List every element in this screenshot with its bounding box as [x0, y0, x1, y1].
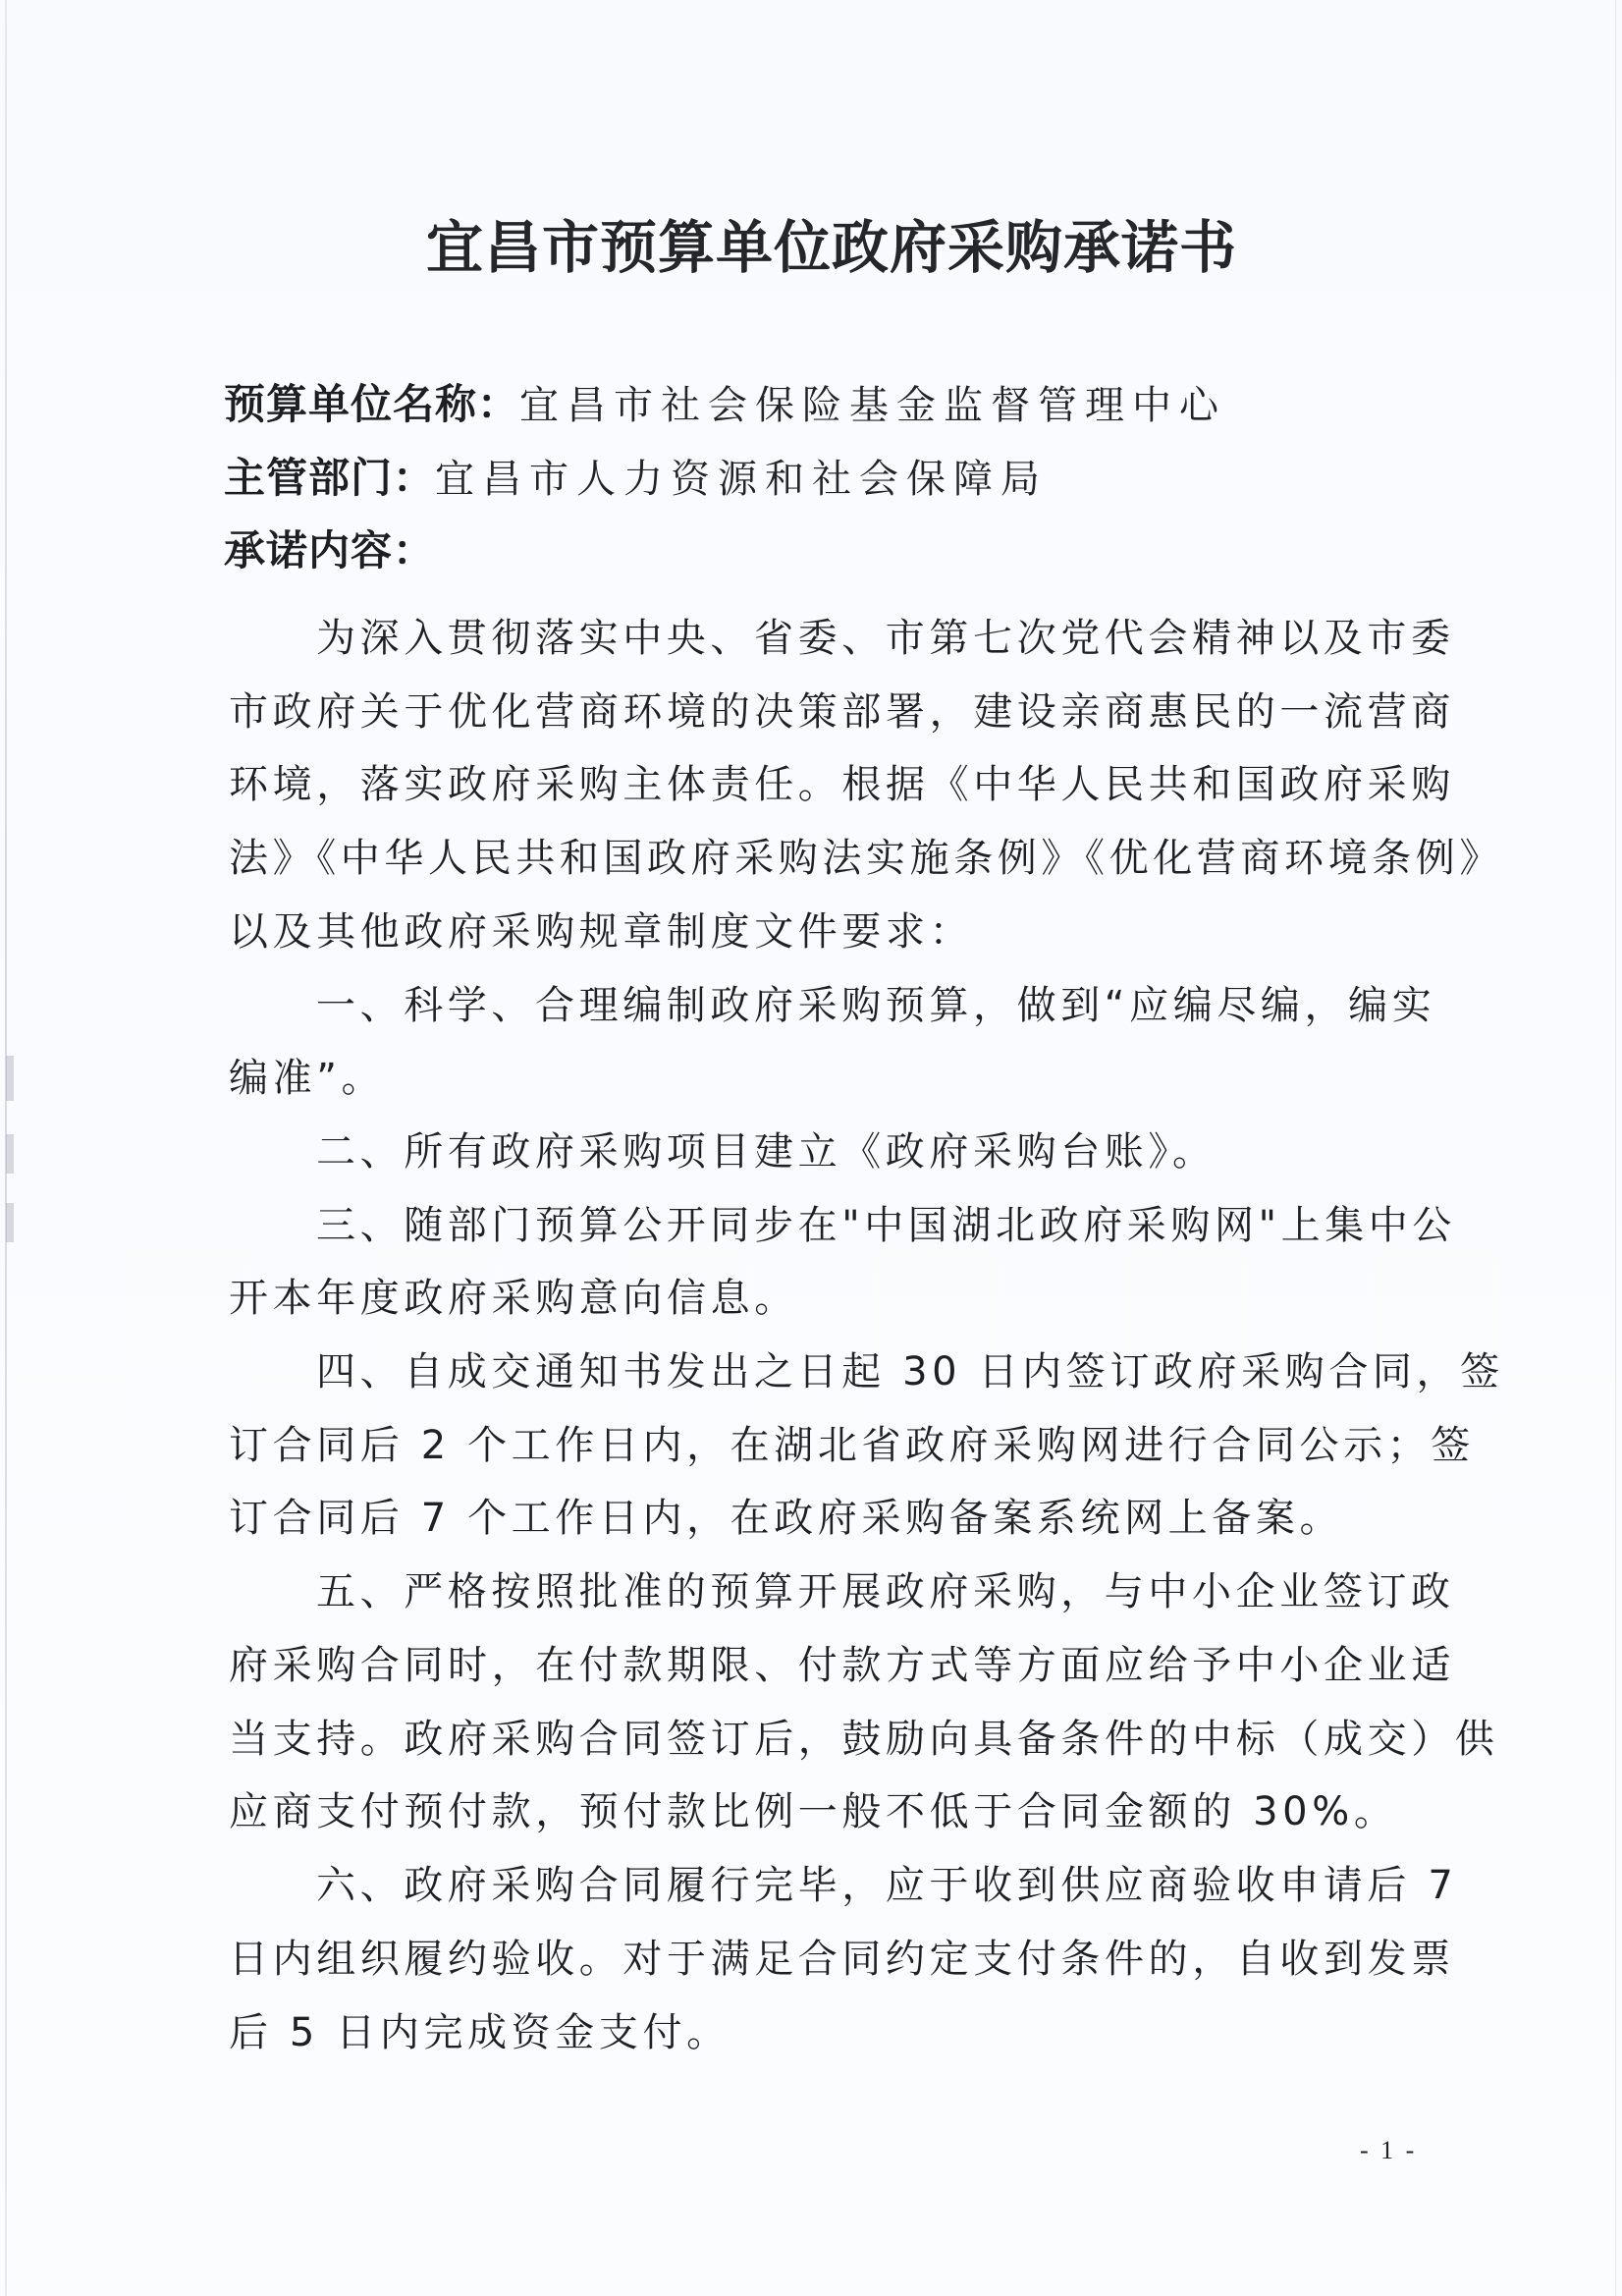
body-line: 订合同后 2 个工作日内，在湖北省政府采购网进行合同公示；签 [229, 1416, 1427, 1475]
document-title: 宜昌市预算单位政府采购承诺书 [0, 210, 1622, 285]
body-line: 日内组织履约验收。对于满足合同约定支付条件的，自收到发票 [229, 1930, 1427, 1989]
scan-edge-right [1615, 0, 1616, 2296]
scan-artifact [6, 1203, 14, 1242]
scan-artifact [6, 1134, 14, 1174]
unit-name-row: 预算单位名称：宜昌市社会保险基金监督管理中心 [224, 375, 1226, 434]
body-line: 环境，落实政府采购主体责任。根据《中华人民共和国政府采购 [229, 755, 1427, 814]
body-line: 以及其他政府采购规章制度文件要求： [229, 902, 1427, 961]
body-line: 一、科学、合理编制政府采购预算，做到“应编尽编，编实 [316, 976, 1427, 1035]
body-line: 当支持。政府采购合同签订后，鼓励向具备条件的中标（成交）供 [229, 1710, 1427, 1769]
page-number: - 1 - [1360, 2133, 1417, 2168]
body-line: 法》《中华人民共和国政府采购法实施条例》《优化营商环境条例》 [229, 829, 1427, 888]
document-page: 宜昌市预算单位政府采购承诺书 预算单位名称：宜昌市社会保险基金监督管理中心 主管… [0, 0, 1622, 2296]
body-line: 为深入贯彻落实中央、省委、市第七次党代会精神以及市委 [316, 609, 1427, 668]
department-value: 宜昌市人力资源和社会保障局 [435, 457, 1048, 502]
body-line: 应商支付预付款，预付款比例一般不低于合同金额的 30%。 [229, 1782, 1427, 1841]
body-line: 五、严格按照批准的预算开展政府采购，与中小企业签订政 [316, 1562, 1427, 1621]
body-line: 四、自成交通知书发出之日起 30 日内签订政府采购合同，签 [316, 1342, 1427, 1401]
body-line: 开本年度政府采购意向信息。 [229, 1269, 1427, 1328]
body-line: 二、所有政府采购项目建立《政府采购台账》。 [316, 1122, 1427, 1181]
unit-name-value: 宜昌市社会保险基金监督管理中心 [519, 383, 1226, 428]
body-line: 三、随部门预算公开同步在"中国湖北政府采购网"上集中公 [316, 1196, 1427, 1255]
body-line: 府采购合同时，在付款期限、付款方式等方面应给予中小企业适 [229, 1636, 1427, 1695]
department-row: 主管部门：宜昌市人力资源和社会保障局 [224, 449, 1048, 508]
unit-name-label: 预算单位名称： [224, 380, 519, 428]
body-line: 编准”。 [229, 1049, 1427, 1108]
body-line: 六、政府采购合同履行完毕，应于收到供应商验收申请后 7 [316, 1856, 1427, 1915]
department-label: 主管部门： [224, 454, 435, 502]
content-row: 承诺内容： [224, 521, 435, 580]
body-line: 订合同后 7 个工作日内，在政府采购备案系统网上备案。 [229, 1489, 1427, 1548]
body-line: 后 5 日内完成资金支付。 [229, 2003, 1427, 2062]
content-label: 承诺内容： [224, 526, 435, 574]
body-line: 市政府关于优化营商环境的决策部署，建设亲商惠民的一流营商 [229, 683, 1427, 741]
scan-artifact [6, 1056, 14, 1101]
